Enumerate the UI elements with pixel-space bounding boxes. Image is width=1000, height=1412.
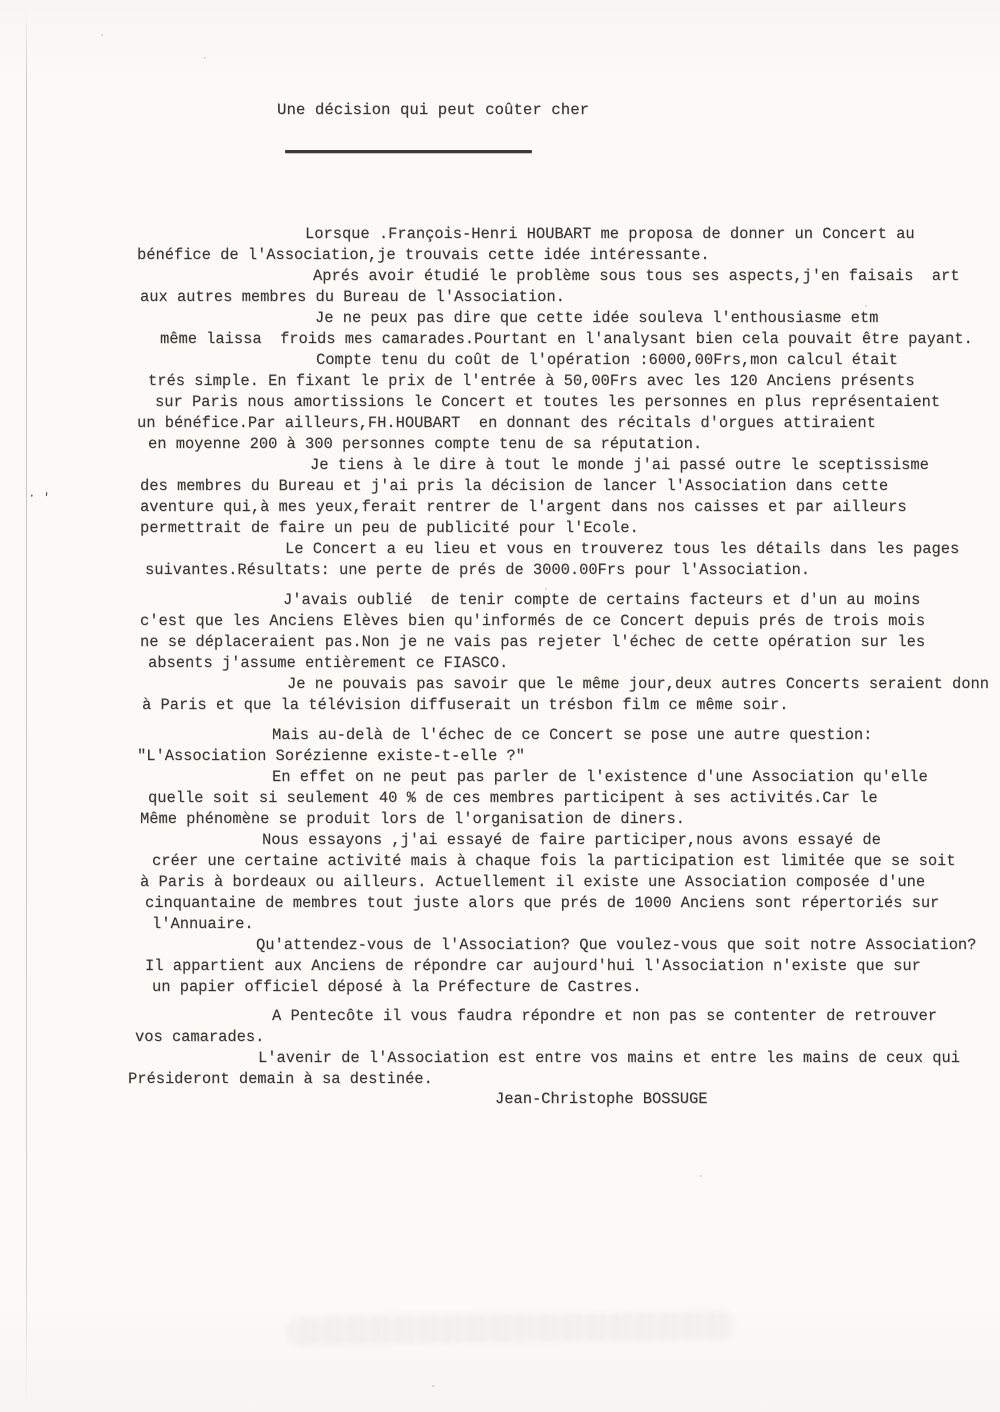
text-line: des membres du Bureau et j'ai pris la dé… (128, 476, 1000, 497)
bleed-through-smudge (288, 1311, 733, 1345)
text-line: A Pentecôte il vous faudra répondre et n… (128, 1006, 1000, 1027)
text-line: aventure qui,à mes yeux,ferait rentrer d… (128, 497, 1000, 518)
text-line: absents j'assume entièrement ce FIASCO. (128, 653, 1000, 674)
stray-ink-mark: · ' (27, 489, 50, 506)
text-line: à Paris et que la télévision diffuserait… (128, 695, 1000, 716)
text-line: L'avenir de l'Association est entre vos … (128, 1048, 1000, 1069)
text-line: c'est que les Anciens Elèves bien qu'inf… (128, 611, 1000, 632)
scanned-document-page: Une décision qui peut coûter cher Lorsqu… (0, 0, 1000, 1412)
text-line: Je ne peux pas dire que cette idée soule… (128, 308, 1000, 329)
text-line: bénéfice de l'Association,je trouvais ce… (128, 245, 1000, 266)
text-line: En effet on ne peut pas parler de l'exis… (128, 767, 1000, 788)
text-line: un bénéfice.Par ailleurs,FH.HOUBART en d… (128, 413, 1000, 434)
text-line: en moyenne 200 à 300 personnes compte te… (128, 434, 1000, 455)
text-line: quelle soit si seulement 40 % de ces mem… (128, 788, 1000, 809)
text-line: Je ne pouvais pas savoir que le même jou… (128, 674, 1000, 695)
text-line: J'avais oublié de tenir compte de certai… (128, 590, 1000, 611)
text-line: "L'Association Sorézienne existe-t-elle … (128, 746, 1000, 767)
text-line: Aprés avoir étudié le problème sous tous… (128, 266, 1000, 287)
text-line: créer une certaine activité mais à chaqu… (128, 851, 1000, 872)
text-line: Présideront demain à sa destinée. (128, 1069, 1000, 1090)
text-line: vos camarades. (128, 1027, 1000, 1048)
text-line: Même phénomène se produit lors de l'orga… (128, 809, 1000, 830)
text-line: sur Paris nous amortissions le Concert e… (128, 392, 1000, 413)
document-title: Une décision qui peut coûter cher (277, 101, 589, 119)
paper-speck (700, 1175, 702, 1177)
text-line: permettrait de faire un peu de publicité… (128, 518, 1000, 539)
paper-speck (204, 57, 206, 59)
text-line: Nous essayons ,j'ai essayé de faire part… (128, 830, 1000, 851)
text-line: Mais au-delà de l'échec de ce Concert se… (128, 725, 1000, 746)
text-line: suivantes.Résultats: une perte de prés d… (128, 560, 1000, 581)
text-line: trés simple. En fixant le prix de l'entr… (128, 371, 1000, 392)
text-line: Compte tenu du coût de l'opération :6000… (128, 350, 1000, 371)
text-line: Qu'attendez-vous de l'Association? Que v… (128, 935, 1000, 956)
text-line: Je tiens à le dire à tout le monde j'ai … (128, 455, 1000, 476)
text-line: l'Annuaire. (128, 914, 1000, 935)
paper-speck (432, 1385, 434, 1387)
text-line: même laissa froids mes camarades.Pourtan… (128, 329, 1000, 350)
text-line: Lorsque .François-Henri HOUBART me propo… (128, 224, 1000, 245)
signature: Jean-Christophe BOSSUGE (495, 1090, 707, 1108)
text-line: ne se déplaceraient pas.Non je ne vais p… (128, 632, 1000, 653)
text-line: un papier officiel déposé à la Préfectur… (128, 977, 1000, 998)
text-line: à Paris à bordeaux ou ailleurs. Actuelle… (128, 872, 1000, 893)
document-body: Lorsque .François-Henri HOUBART me propo… (128, 224, 1000, 1090)
text-line: Il appartient aux Anciens de répondre ca… (128, 956, 1000, 977)
text-line: cinquantaine de membres tout juste alors… (128, 893, 1000, 914)
text-line: Le Concert a eu lieu et vous en trouvere… (128, 539, 1000, 560)
text-line: aux autres membres du Bureau de l'Associ… (128, 287, 1000, 308)
scan-edge-line (26, 8, 27, 1404)
paper-speck (101, 34, 103, 36)
title-underline (285, 150, 532, 153)
